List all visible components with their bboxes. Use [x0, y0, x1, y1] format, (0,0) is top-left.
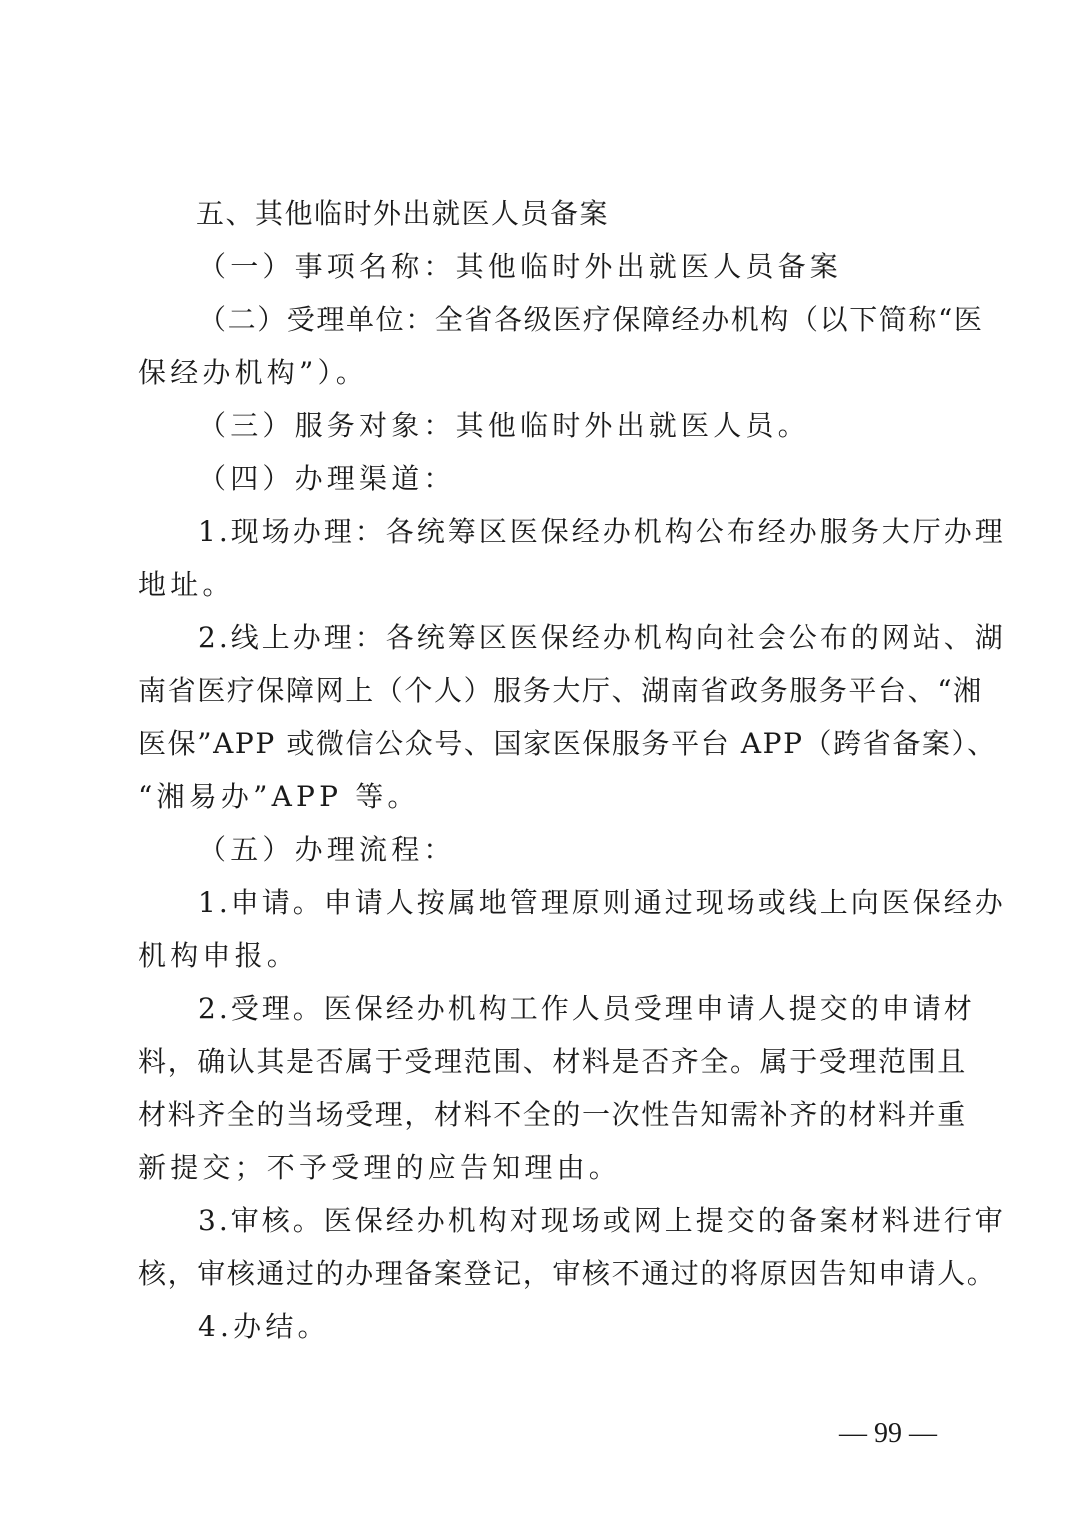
- process-heading: （五）办理流程：: [198, 832, 938, 868]
- channel-online-line-3: 医保”APP 或微信公众号、国家医保服务平台 APP（跨省备案）、: [138, 726, 938, 762]
- channel-online-line-4: “湘易办”APP 等。: [138, 779, 938, 815]
- document-page: 五、其他临时外出就医人员备案 （一）事项名称：其他临时外出就医人员备案 （二）受…: [0, 0, 1075, 1520]
- page-number: — 99 —: [839, 1417, 937, 1451]
- step-accept-line-1: 2.受理。医保经办机构工作人员受理申请人提交的申请材: [198, 991, 938, 1027]
- section-heading: 五、其他临时外出就医人员备案: [196, 196, 996, 232]
- step-review-line-2: 核，审核通过的办理备案登记，审核不通过的将原因告知申请人。: [138, 1256, 938, 1292]
- channel-onsite-line-1: 1.现场办理：各统筹区医保经办机构公布经办服务大厅办理: [198, 514, 938, 550]
- service-target: （三）服务对象：其他临时外出就医人员。: [198, 408, 938, 444]
- step-accept-line-3: 材料齐全的当场受理，材料不全的一次性告知需补齐的材料并重: [138, 1097, 938, 1133]
- item-name: （一）事项名称：其他临时外出就医人员备案: [198, 249, 938, 285]
- channel-onsite-line-2: 地址。: [138, 567, 938, 603]
- accepting-unit-line-1: （二）受理单位：全省各级医疗保障经办机构（以下简称“医: [198, 302, 938, 338]
- channel-online-line-2: 南省医疗保障网上（个人）服务大厅、湖南省政务服务平台、“湘: [138, 673, 938, 709]
- step-complete: 4.办结。: [198, 1309, 938, 1345]
- accepting-unit-line-2: 保经办机构”）。: [138, 355, 938, 391]
- step-accept-line-2: 料，确认其是否属于受理范围、材料是否齐全。属于受理范围且: [138, 1044, 938, 1080]
- channel-online-line-1: 2.线上办理：各统筹区医保经办机构向社会公布的网站、湖: [198, 620, 938, 656]
- step-apply-line-1: 1.申请。申请人按属地管理原则通过现场或线上向医保经办: [198, 885, 938, 921]
- step-apply-line-2: 机构申报。: [138, 938, 938, 974]
- step-accept-line-4: 新提交；不予受理的应告知理由。: [138, 1150, 938, 1186]
- channels-heading: （四）办理渠道：: [198, 461, 938, 497]
- step-review-line-1: 3.审核。医保经办机构对现场或网上提交的备案材料进行审: [198, 1203, 938, 1239]
